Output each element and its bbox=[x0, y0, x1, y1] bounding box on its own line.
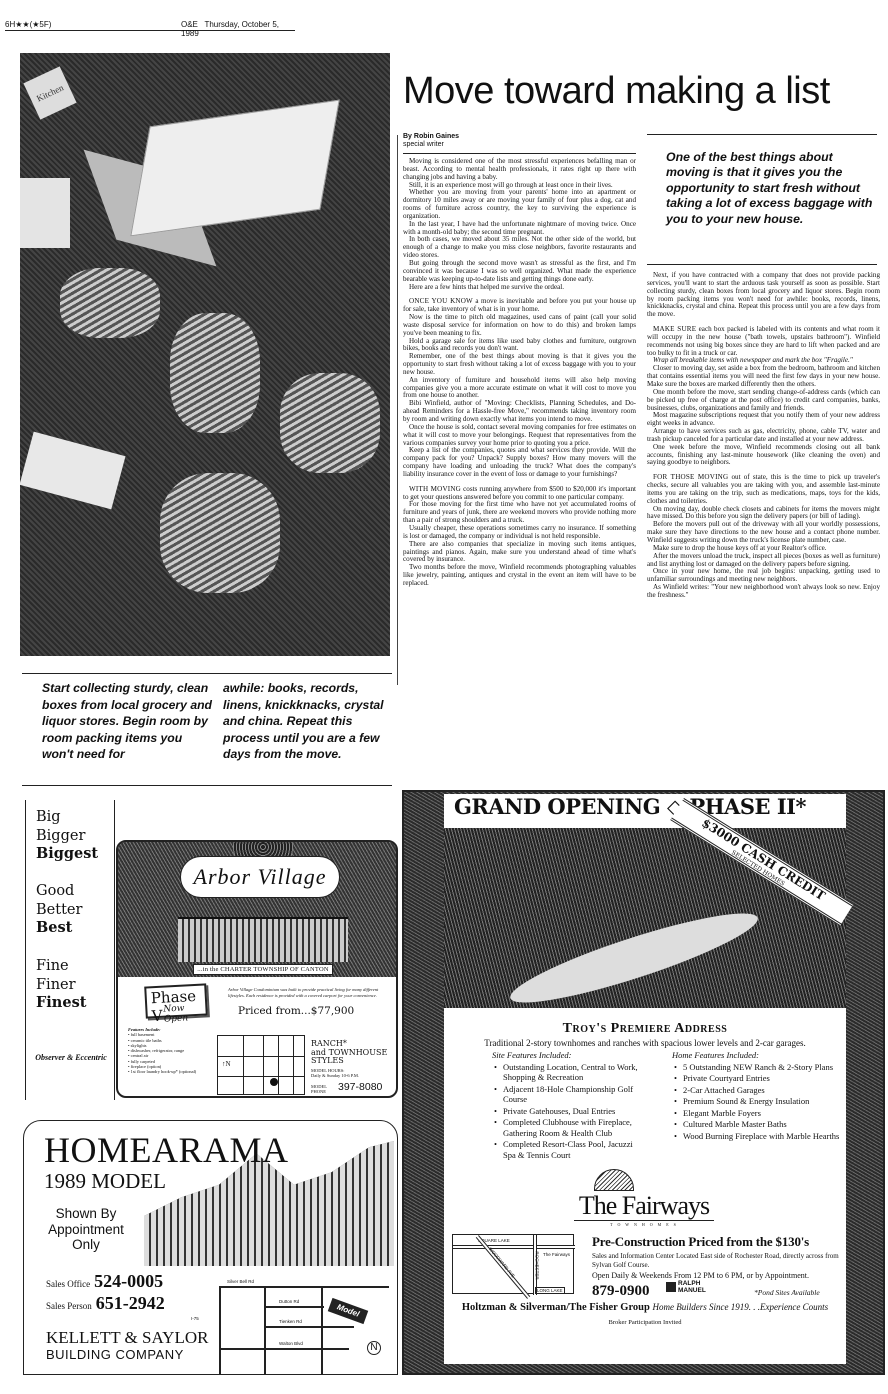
feature-list: Features Include: • full basement • cera… bbox=[128, 1027, 213, 1075]
pond-sites-note: *Pond Sites Available bbox=[754, 1288, 820, 1297]
ad-word-group: Fine Finer Finest bbox=[36, 957, 86, 1013]
paragraph: For those moving for the first time who … bbox=[403, 501, 636, 525]
location-map: Silver Bell Rd Dutton Rd Tienken Rd Walt… bbox=[209, 1276, 394, 1375]
article-headline: Move toward making a list bbox=[403, 70, 873, 113]
feature-item: • 1st floor laundry hook-up* (optional) bbox=[128, 1069, 213, 1074]
paragraph: But going through the second move wasn't… bbox=[403, 260, 636, 284]
builder-tagline: Home Builders Since 1919. . .Experience … bbox=[652, 1302, 828, 1312]
paragraph: Whether you are moving from your parents… bbox=[403, 189, 636, 220]
phone-label: MODEL PHONE bbox=[311, 1084, 336, 1094]
paragraph: Arrange to have services such as gas, el… bbox=[647, 428, 880, 444]
paragraph: In both cases, we moved about 35 miles. … bbox=[403, 236, 636, 260]
article-photo: Kitchen bbox=[20, 53, 390, 656]
north-arrow-icon: ↑N bbox=[222, 1060, 231, 1068]
paragraph: Hold a garage sale for items like used b… bbox=[403, 338, 636, 354]
paragraph: MAKE SURE each box packed is labeled wit… bbox=[647, 326, 880, 357]
feature-item: Adjacent 18-Hole Championship Golf Cours… bbox=[492, 1084, 642, 1105]
appointment-note: Shown By Appointment Only bbox=[46, 1206, 126, 1253]
photo-paper bbox=[20, 432, 125, 510]
photo-tag: Kitchen bbox=[23, 66, 76, 119]
feature-text: central air bbox=[131, 1053, 149, 1058]
road-label: Silver Bell Rd bbox=[227, 1279, 254, 1284]
paragraph: Next, if you have contracted with a comp… bbox=[647, 272, 880, 319]
builder-line: Holtzman & Silverman/The Fisher Group Ho… bbox=[444, 1302, 846, 1313]
homearama-ad: HOMEARAMA 1989 MODEL Shown By Appointmen… bbox=[23, 1120, 398, 1375]
photo-road bbox=[504, 899, 764, 1008]
feature-text: dishwasher, refrigerator, range bbox=[131, 1048, 185, 1053]
north-label: N bbox=[226, 1060, 231, 1068]
paragraph: WITH MOVING costs running anywhere from … bbox=[403, 486, 636, 502]
road-label: WOODWARD AVE bbox=[488, 1246, 516, 1278]
ad-logo-sub: T O W N H O M E S bbox=[574, 1222, 714, 1227]
pull-quote: One of the best things about moving is t… bbox=[666, 150, 876, 227]
ad-word: Good bbox=[36, 882, 82, 901]
road-label: LONG LAKE bbox=[535, 1287, 565, 1294]
hours-value: Daily & Sunday 10-6 P.M. bbox=[311, 1073, 359, 1078]
map-site-label: The Fairways bbox=[543, 1252, 570, 1257]
ad-intro: Traditional 2-story townhomes and ranche… bbox=[444, 1038, 846, 1048]
observer-eccentric-ad: Big Bigger Biggest Good Better Best Fine… bbox=[25, 800, 115, 1100]
sales-office-phone: 524-0005 bbox=[94, 1271, 163, 1291]
appointment-line: Appointment bbox=[46, 1222, 126, 1238]
map-road bbox=[219, 1286, 389, 1288]
paragraph: Once in your new home, the real job begi… bbox=[647, 568, 880, 584]
open-hours: Open Daily & Weekends From 12 PM to 6 PM… bbox=[592, 1271, 842, 1281]
divider bbox=[22, 785, 392, 786]
clubhouse-emblem-icon bbox=[594, 1169, 634, 1191]
map-road bbox=[321, 1286, 323, 1375]
company-name: KELLETT & SAYLOR bbox=[46, 1328, 208, 1348]
sales-center-info: Sales and Information Center Located Eas… bbox=[592, 1252, 839, 1269]
photo-paper bbox=[20, 178, 70, 248]
feature-text: fireplace (option) bbox=[131, 1064, 162, 1069]
paragraph: On moving day, double check closets and … bbox=[647, 506, 880, 522]
home-features: Home Features Included: 5 Outstanding NE… bbox=[672, 1050, 842, 1142]
arbor-village-ad: Arbor Village ...in the CHARTER TOWNSHIP… bbox=[116, 840, 398, 1098]
paragraph: After the movers unload the truck, inspe… bbox=[647, 553, 880, 569]
phone-number: 397-8080 bbox=[338, 1081, 382, 1093]
feature-item: Private Courtyard Entries bbox=[672, 1073, 842, 1084]
photo-moving-box bbox=[130, 100, 339, 237]
paragraph: Keep a list of the companies, quotes and… bbox=[403, 447, 636, 478]
paragraph: One month before the move, start sending… bbox=[647, 389, 880, 413]
feature-text: full basement bbox=[131, 1032, 155, 1037]
features-heading: Home Features Included: bbox=[672, 1050, 842, 1061]
fairways-ad: GRAND OPENING ◇ PHASE II* $3000 CASH CRE… bbox=[402, 790, 885, 1375]
ad-logo: Arbor Village bbox=[180, 856, 340, 898]
paragraph: Bibi Winfield, author of "Moving: Checkl… bbox=[403, 400, 636, 424]
paragraph: Remember, one of the best things about m… bbox=[403, 353, 636, 377]
paragraph: Most magazine subscriptions request that… bbox=[647, 412, 880, 428]
ad-word: Fine bbox=[36, 957, 86, 976]
realtor-logo: RALPH MANUEL bbox=[666, 1281, 706, 1294]
map-pin-icon bbox=[270, 1078, 278, 1086]
map-road bbox=[264, 1286, 266, 1375]
model-arrow: Model bbox=[328, 1298, 368, 1324]
ad-logo: The Fairways bbox=[574, 1192, 714, 1221]
ad-word: Better bbox=[36, 901, 82, 920]
feature-list: 5 Outstanding NEW Ranch & 2-Story Plans … bbox=[672, 1062, 842, 1142]
lead-in: ONCE YOU KNOW bbox=[409, 297, 473, 305]
divider bbox=[647, 264, 877, 265]
map-road bbox=[264, 1326, 354, 1328]
features-heading: Site Features Included: bbox=[492, 1050, 642, 1061]
site-features: Site Features Included: Outstanding Loca… bbox=[492, 1050, 642, 1161]
feature-item: 2-Car Attached Garages bbox=[672, 1085, 842, 1096]
feature-item: Cultured Marble Master Baths bbox=[672, 1119, 842, 1130]
sales-office: Sales Office 524-0005 bbox=[46, 1271, 163, 1292]
home-styles: RANCH* and TOWNHOUSE STYLES bbox=[311, 1040, 387, 1066]
divider bbox=[647, 134, 877, 135]
paragraph: An inventory of furniture and household … bbox=[403, 377, 636, 401]
article-column-1: Moving is considered one of the most str… bbox=[403, 158, 636, 588]
feature-text: fully carpeted bbox=[131, 1059, 155, 1064]
ad-word-group: Big Bigger Biggest bbox=[36, 808, 98, 864]
paragraph: There are also companies that specialize… bbox=[403, 541, 636, 565]
feature-item: Completed Resort-Class Pool, Jacuzzi Spa… bbox=[492, 1139, 642, 1160]
newspaper-logo: Observer & Eccentric bbox=[30, 1053, 112, 1062]
paragraph: Once the house is sold, contact several … bbox=[403, 424, 636, 448]
ad-content: GRAND OPENING ◇ PHASE II* $3000 CASH CRE… bbox=[444, 794, 846, 1364]
ad-headline: GRAND OPENING ◇ PHASE II* bbox=[454, 794, 834, 819]
model-hours: MODEL HOURS: Daily & Sunday 10-6 P.M. bbox=[311, 1068, 359, 1078]
paragraph: ONCE YOU KNOW a move is inevitable and b… bbox=[403, 298, 636, 314]
appointment-line: Shown By bbox=[46, 1206, 126, 1222]
map-road bbox=[219, 1286, 221, 1375]
ad-title: HOMEARAMA bbox=[44, 1129, 289, 1171]
page-code: 6H★★(★5F) bbox=[5, 20, 51, 29]
ad-subtitle: 1989 MODEL bbox=[44, 1169, 166, 1194]
paragraph: Now is the time to pitch old magazines, … bbox=[403, 314, 636, 338]
sales-person: Sales Person 651-2942 bbox=[46, 1293, 165, 1314]
map-road bbox=[453, 1245, 575, 1249]
feature-item: Outstanding Location, Central to Work, S… bbox=[492, 1062, 642, 1083]
road-label: Dutton Rd bbox=[279, 1299, 299, 1304]
feature-item: Elegant Marble Foyers bbox=[672, 1108, 842, 1119]
pull-quote-left: Start collecting sturdy, clean boxes fro… bbox=[42, 680, 212, 763]
road-label: I-75 bbox=[191, 1316, 199, 1321]
divider bbox=[22, 673, 392, 674]
house-illustration bbox=[178, 917, 348, 962]
phase-badge: Phase V Now Open bbox=[144, 983, 208, 1018]
sales-office-label: Sales Office bbox=[46, 1279, 90, 1289]
paragraph: Before the movers pull out of the drivew… bbox=[647, 521, 880, 545]
sales-info: Sales and Information Center Located Eas… bbox=[592, 1252, 842, 1281]
road-label: Walton Blvd bbox=[279, 1341, 303, 1346]
ad-description: Arbor Village Condominium was built to p… bbox=[228, 987, 393, 998]
phase-sublabel: Now Open bbox=[163, 1002, 206, 1024]
ad-word: Best bbox=[36, 919, 82, 938]
ad-word: Big bbox=[36, 808, 98, 827]
feature-item: Wood Burning Fireplace with Marble Heart… bbox=[672, 1131, 842, 1142]
ad-word-group: Good Better Best bbox=[36, 882, 82, 938]
paragraph: Moving is considered one of the most str… bbox=[403, 158, 636, 182]
section-name: O&E bbox=[181, 20, 198, 29]
paragraph: Two months before the move, Winfield rec… bbox=[403, 564, 636, 588]
photo-crumpled-newspaper bbox=[160, 473, 280, 593]
ad-tagline: Troy's Premiere Address bbox=[444, 1021, 846, 1037]
location-map: SQUARE LAKE WOODWARD AVE ROCHESTER The F… bbox=[452, 1234, 574, 1294]
paragraph: Here are a few hints that helped me surv… bbox=[403, 284, 636, 292]
north-arrow-icon: N bbox=[367, 1341, 381, 1355]
photo-crumpled-newspaper bbox=[60, 268, 160, 338]
company-subtitle: BUILDING COMPANY bbox=[46, 1347, 184, 1362]
column-divider bbox=[397, 135, 398, 685]
feature-item: Private Gatehouses, Dual Entries bbox=[492, 1106, 642, 1117]
paragraph: In the last year, I have had the unfortu… bbox=[403, 221, 636, 237]
phone-number: 879-0900 bbox=[592, 1283, 650, 1300]
lead-in: MAKE SURE bbox=[653, 325, 696, 333]
lead-in: FOR THOSE MOVING bbox=[653, 473, 728, 481]
sales-person-label: Sales Person bbox=[46, 1301, 92, 1311]
sales-person-phone: 651-2942 bbox=[96, 1293, 165, 1313]
feature-list: Outstanding Location, Central to Work, S… bbox=[492, 1062, 642, 1161]
feature-text: skylights bbox=[131, 1043, 147, 1048]
paragraph: Closer to moving day, set aside a box fr… bbox=[647, 365, 880, 389]
article-column-2: Next, if you have contracted with a comp… bbox=[647, 272, 880, 600]
paragraph: FOR THOSE MOVING out of state, this is t… bbox=[647, 474, 880, 505]
road-label: ROCHESTER bbox=[535, 1251, 540, 1279]
divider bbox=[403, 153, 636, 154]
map-road bbox=[264, 1306, 324, 1308]
ad-location: ...in the CHARTER TOWNSHIP OF CANTON bbox=[193, 964, 333, 975]
builder-name: Holtzman & Silverman/The Fisher Group bbox=[462, 1302, 650, 1313]
ad-price: Priced from...$77,900 bbox=[238, 1005, 354, 1017]
feature-text: 1st floor laundry hook-up* (optional) bbox=[131, 1069, 197, 1074]
broker-note: Broker Participation Invited bbox=[444, 1319, 846, 1326]
byline-author: By Robin Gaines bbox=[403, 133, 459, 141]
style-line: STYLES bbox=[311, 1057, 387, 1066]
photo-crumpled-newspaper bbox=[280, 373, 380, 473]
page-folio: 6H★★(★5F) O&E Thursday, October 5, 1989 bbox=[5, 20, 295, 31]
feature-item: Completed Clubhouse with Fireplace, Gath… bbox=[492, 1117, 642, 1138]
lead-in: WITH MOVING bbox=[409, 485, 461, 493]
feature-item: Premium Sound & Energy Insulation bbox=[672, 1096, 842, 1107]
aerial-photo bbox=[444, 828, 846, 1008]
section-date: O&E Thursday, October 5, 1989 bbox=[181, 20, 295, 38]
location-map: ↑N bbox=[217, 1035, 305, 1095]
appointment-line: Only bbox=[46, 1237, 126, 1253]
paragraph: One week before the move, Winfield recom… bbox=[647, 444, 880, 468]
paragraph: Usually cheaper, these operations someti… bbox=[403, 525, 636, 541]
pull-quote-right: awhile: books, records, linens, knickkna… bbox=[223, 680, 393, 763]
byline: By Robin Gaines special writer bbox=[403, 133, 459, 149]
road-label: Tienken Rd bbox=[279, 1319, 302, 1324]
ad-word: Biggest bbox=[36, 845, 98, 864]
feature-item: 5 Outstanding NEW Ranch & 2-Story Plans bbox=[672, 1062, 842, 1073]
paragraph: As Winfield writes: "Your new neighborho… bbox=[647, 584, 880, 600]
map-road bbox=[219, 1348, 349, 1350]
ad-word: Finest bbox=[36, 994, 86, 1013]
feature-text: ceramic tile baths bbox=[131, 1038, 162, 1043]
photo-crumpled-newspaper bbox=[170, 313, 260, 433]
price-headline: Pre-Construction Priced from the $130's bbox=[592, 1234, 809, 1250]
byline-role: special writer bbox=[403, 141, 459, 149]
ad-word: Bigger bbox=[36, 827, 98, 846]
ad-word: Finer bbox=[36, 976, 86, 995]
